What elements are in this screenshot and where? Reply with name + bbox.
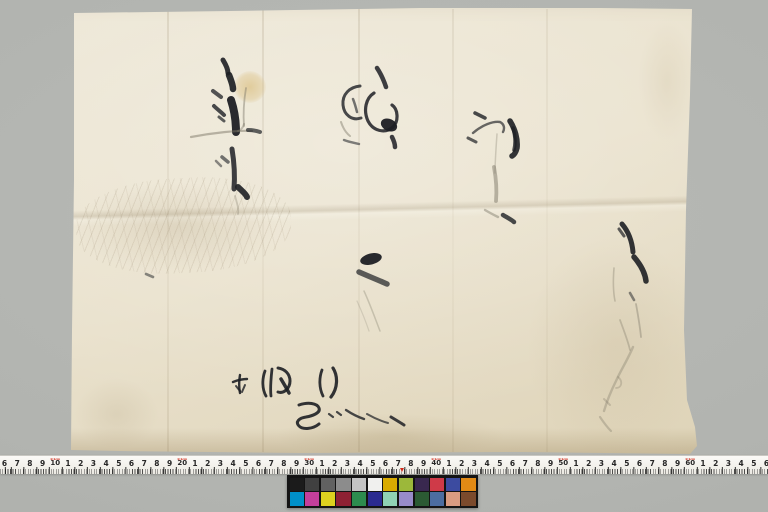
ink-column-right — [600, 224, 646, 431]
color-patch — [336, 478, 350, 491]
color-patch — [461, 478, 475, 491]
color-patch — [352, 478, 366, 491]
ruler-decade-number: 601|1cm — [685, 459, 695, 467]
ruler-decade-note: 1|1cm — [431, 457, 441, 460]
ink-writing-layer — [0, 0, 768, 512]
ink-cluster-top-left — [191, 60, 260, 214]
color-calibration-chart — [287, 475, 478, 508]
color-patch — [461, 492, 475, 505]
color-chart-grid — [290, 478, 476, 506]
ruler-decade-note: 1|1cm — [685, 457, 695, 460]
color-patch — [415, 492, 429, 505]
ruler-decade-number: 101|1cm — [50, 459, 60, 467]
ruler-decade-note: 1|1cm — [558, 457, 568, 460]
color-patch — [383, 478, 397, 491]
ruler-mm-ticks — [0, 469, 768, 474]
color-patch — [446, 492, 460, 505]
color-patch — [415, 478, 429, 491]
color-patch — [383, 492, 397, 505]
color-patch — [305, 478, 319, 491]
scale-ruler: 6789101|1cm123456789201|1cm123456789301|… — [0, 455, 768, 474]
ruler-decade-note: 1|1cm — [177, 457, 187, 460]
ruler-decade-number: 401|1cm — [431, 459, 441, 467]
color-patch — [290, 492, 304, 505]
color-patch — [399, 492, 413, 505]
color-patch — [352, 492, 366, 505]
color-patch — [321, 478, 335, 491]
ruler-decade-number: 201|1cm — [177, 459, 187, 467]
ruler-red-pointer — [400, 468, 404, 472]
ruler-decade-number: 501|1cm — [558, 459, 568, 467]
color-patch — [305, 492, 319, 505]
color-patch — [399, 478, 413, 491]
photo-stage: 6789101|1cm123456789201|1cm123456789301|… — [0, 0, 768, 512]
color-patch — [430, 478, 444, 491]
ink-cluster-top-right — [468, 113, 517, 222]
color-patch — [368, 492, 382, 505]
ruler-decade-note: 1|1cm — [304, 457, 314, 460]
ruler-decade-number: 301|1cm — [304, 459, 314, 467]
ink-speck-left — [146, 274, 153, 277]
color-patch — [430, 492, 444, 505]
color-patch — [368, 478, 382, 491]
ink-cluster-middle — [357, 251, 387, 331]
color-patch — [321, 492, 335, 505]
color-patch — [446, 478, 460, 491]
ruler-decade-note: 1|1cm — [50, 457, 60, 460]
ink-cluster-top-middle — [341, 68, 399, 147]
color-patch — [290, 478, 304, 491]
ink-cluster-bottom-writing — [233, 368, 404, 428]
color-patch — [336, 492, 350, 505]
